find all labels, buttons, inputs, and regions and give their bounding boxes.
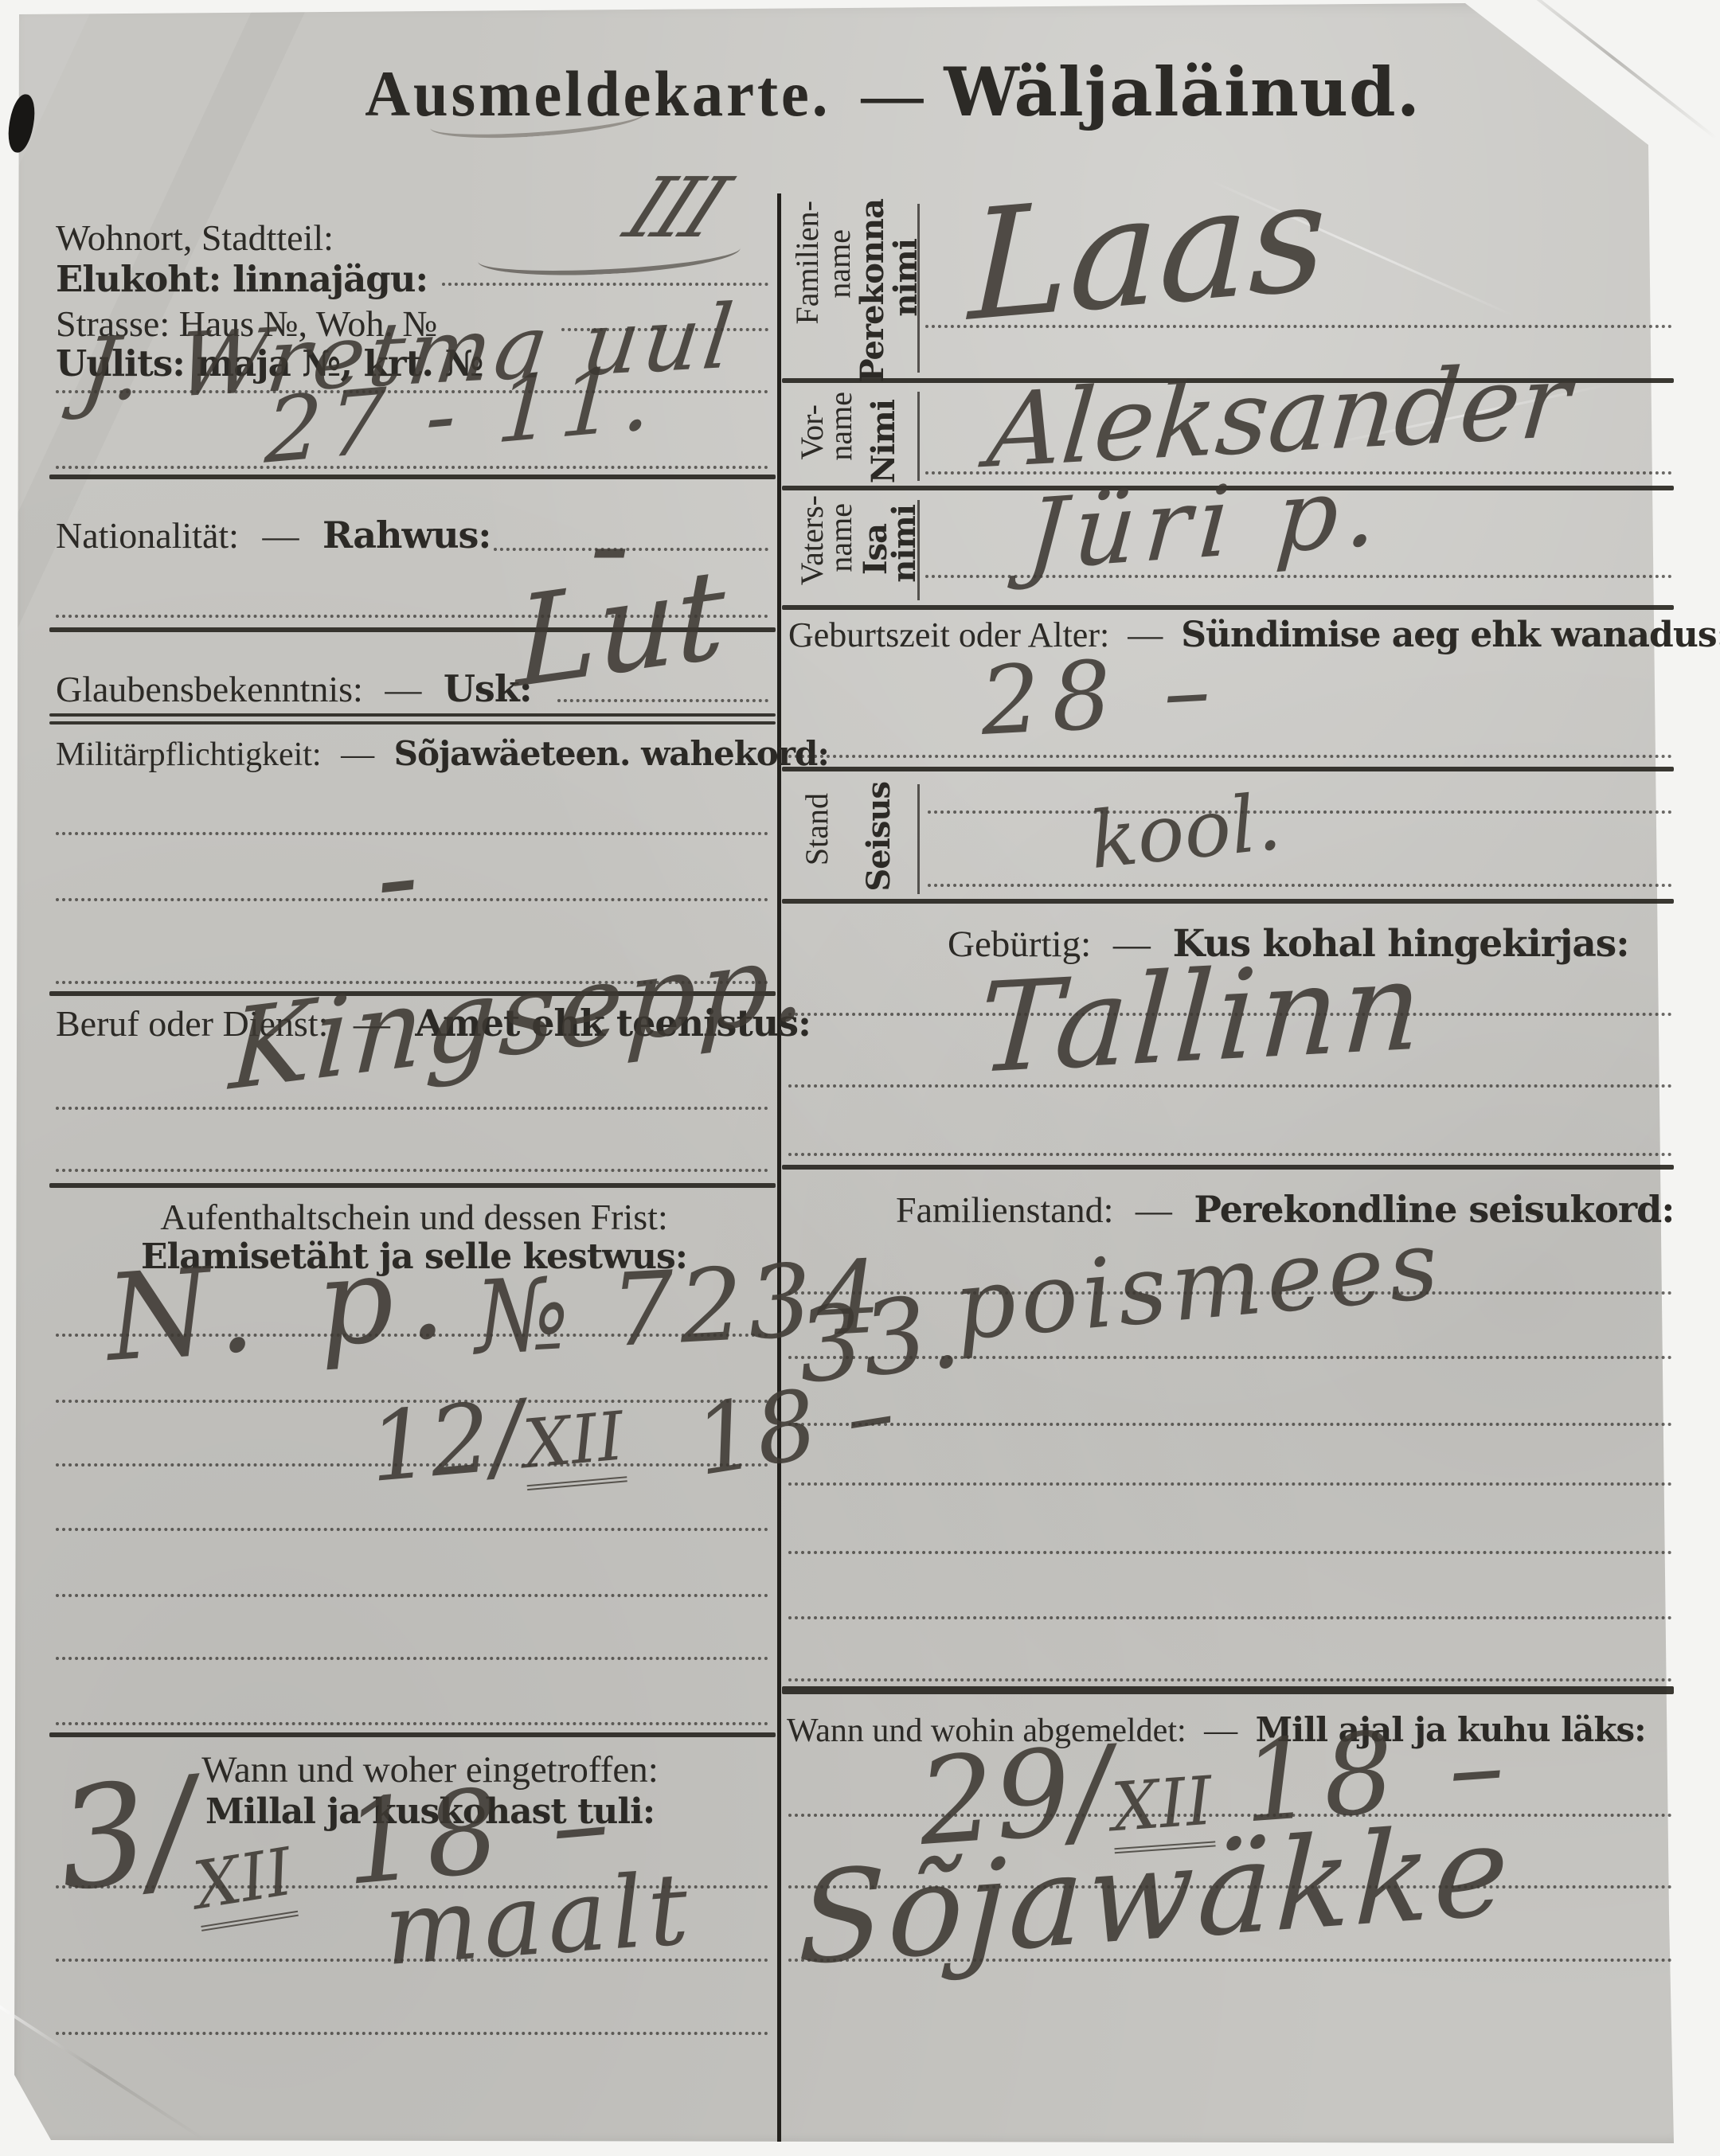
ruled-dotted-line [788,755,1672,758]
label-birth: Geburtszeit oder Alter: — Sündimise aeg … [788,615,1720,655]
ruled-dotted-line [56,1169,768,1172]
ruled-dotted-line [788,1423,1672,1426]
hw-religion-value: Lut [516,541,725,716]
title-separator: — [861,59,923,131]
hw-arrival-month: XII [189,1834,298,1924]
ruled-dotted-line [56,1657,768,1660]
column-divider-rule [777,193,781,2142]
ruled-dotted-line [56,1107,768,1110]
hw-permit-number-cont: 33. [792,1272,965,1407]
ruled-dotted-line [788,1153,1672,1156]
label-wohnort-de: Wohnort, Stadtteil: [56,217,334,259]
ruled-dotted-line [56,2032,768,2035]
ruled-heavy-line [49,1183,776,1188]
ruled-dotted-line [56,1594,768,1597]
ruled-dotted-line [788,1482,1672,1486]
hw-origin-value: Tallinn [975,933,1429,1101]
label-wohnort-et: Elukoht: linnajägu: [56,258,428,300]
title-estonian: Wäljaläinud. [944,53,1421,131]
ruled-dotted-line [56,1722,768,1725]
ruled-heavy-line [49,721,776,725]
ruled-dotted-line [928,884,1672,887]
hw-arrival-place: maalt [381,1851,697,1988]
ruled-dotted-line [788,1678,1672,1681]
label-familienname-et-1: Perekonna [854,199,891,382]
label-nationality: Nationalität: — Rahwus: [56,514,491,557]
ruled-heavy-line [49,1732,776,1737]
label-familienname-et-2: nimi [887,239,924,317]
label-vorname-et: Nimi [865,400,902,483]
label-military: Militärpflichtigkeit: — Sõjawäeteen. wah… [56,734,829,774]
label-separator-rule [917,784,920,894]
ruled-dotted-line [442,283,768,286]
ruled-heavy-line [782,1165,1674,1170]
hw-family-name: Laas [967,147,1327,355]
label-familienname-de-2: name [820,229,858,299]
label-separator-rule [917,392,920,481]
ruled-heavy-line [782,1686,1674,1694]
label-stand-et: Seisus [860,782,897,892]
ruled-heavy-line [782,767,1674,771]
hw-permit-prefix: N. p. [102,1226,462,1389]
ruled-dotted-line [928,810,1672,814]
label-vorname-de-2: name [822,392,859,461]
ruled-dotted-line [56,1528,768,1531]
label-vatersname-et-2: nimi [885,505,923,583]
hw-permit-date: 12/XII [365,1372,627,1504]
ruled-heavy-line [49,713,776,717]
hw-age-value: 28 – [978,634,1224,756]
ruled-dotted-line [788,1551,1672,1554]
document-scan: Ausmeldekarte. — Wäljaläinud. Wohnort, S… [0,0,1720,2156]
ruled-heavy-line [782,899,1674,904]
ruled-dotted-line [788,1616,1672,1619]
label-vatersname-de-2: name [822,503,859,572]
label-stand-de: Stand [798,793,835,865]
hw-arrival-day: 3/ [51,1748,203,1923]
ruled-dotted-line [494,548,768,551]
label-religion: Glaubensbekenntnis: — Usk: [56,667,532,710]
ruled-heavy-line [49,475,776,479]
ruled-heavy-line [782,605,1674,610]
